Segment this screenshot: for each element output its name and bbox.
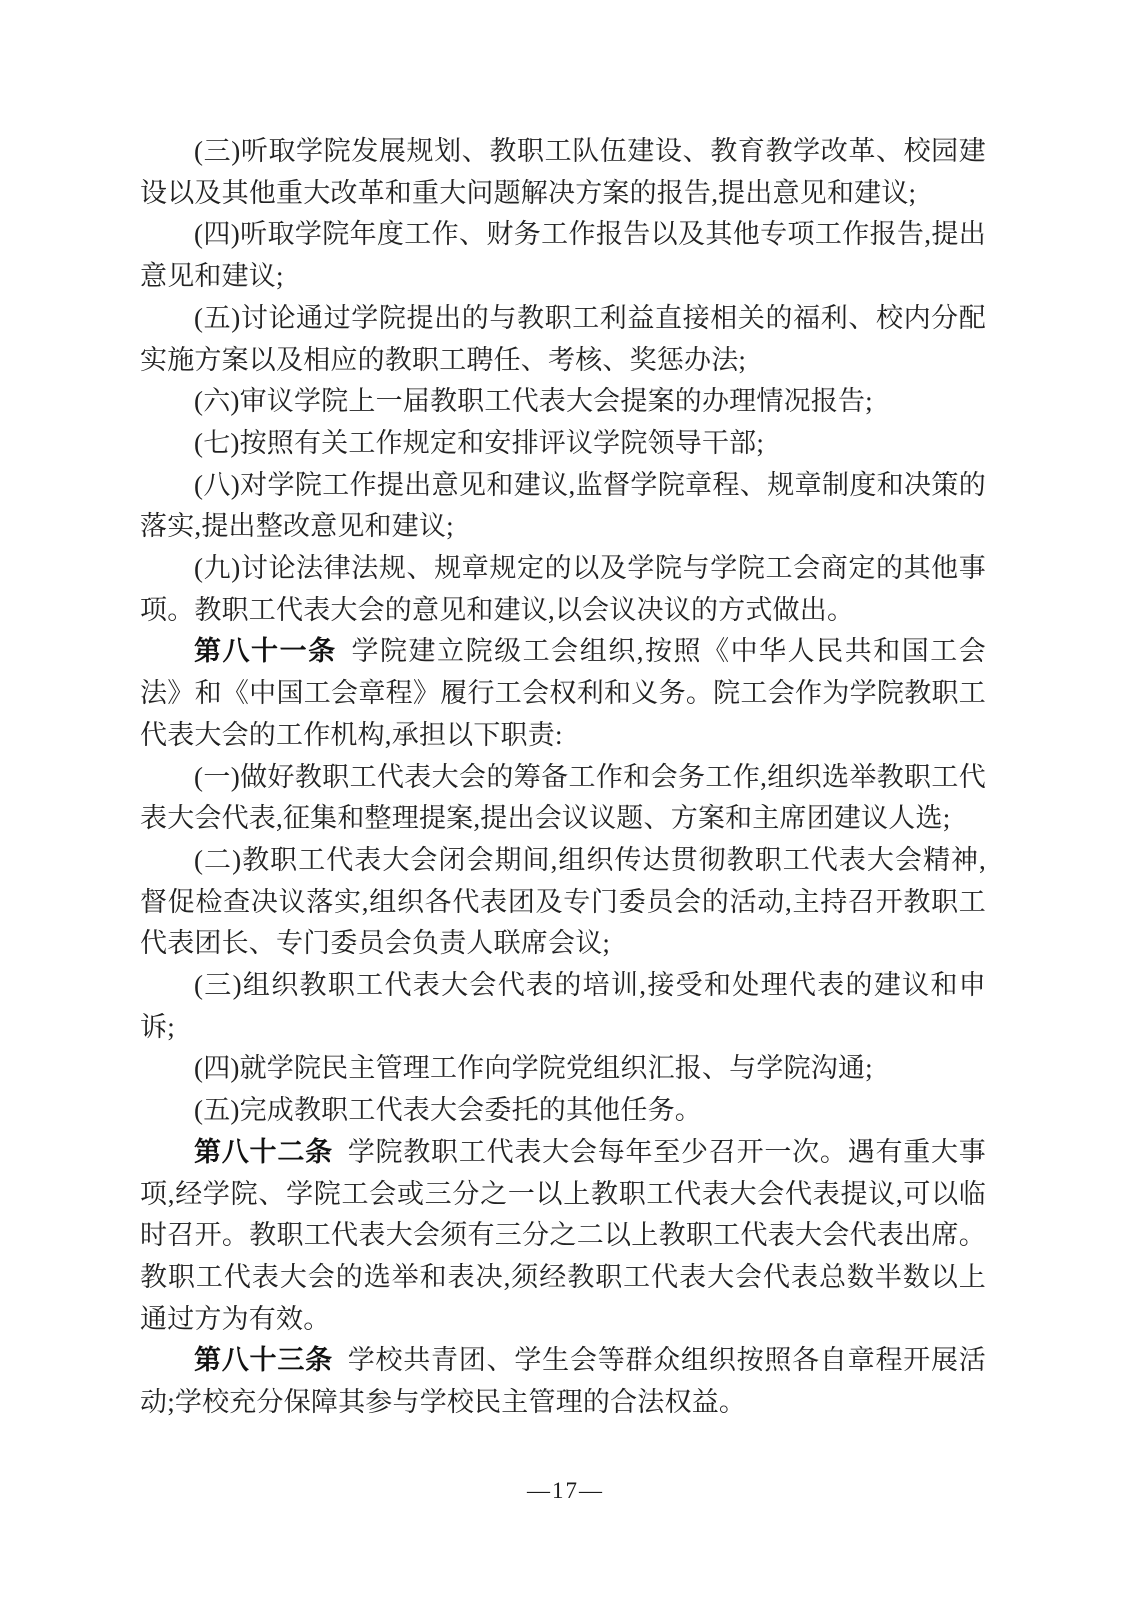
doc-paragraph: (五)讨论通过学院提出的与教职工利益直接相关的福利、校内分配实施方案以及相应的教…	[140, 298, 986, 381]
document-body: (三)听取学院发展规划、教职工队伍建设、教育教学改革、校园建设以及其他重大改革和…	[140, 131, 986, 1424]
doc-paragraph: (七)按照有关工作规定和安排评议学院领导干部;	[140, 423, 986, 465]
clause-term: 第八十一条	[194, 636, 337, 666]
doc-paragraph: (三)组织教职工代表大会代表的培训,接受和处理代表的建议和申诉;	[140, 965, 986, 1048]
doc-paragraph: (八)对学院工作提出意见和建议,监督学院章程、规章制度和决策的落实,提出整改意见…	[140, 465, 986, 548]
doc-paragraph: (四)就学院民主管理工作向学院党组织汇报、与学院沟通;	[140, 1048, 986, 1090]
clause-paragraph: 第八十一条学院建立院级工会组织,按照《中华人民共和国工会法》和《中国工会章程》履…	[140, 631, 986, 756]
document-page: (三)听取学院发展规划、教职工队伍建设、教育教学改革、校园建设以及其他重大改革和…	[0, 0, 1131, 1600]
doc-paragraph: (九)讨论法律法规、规章规定的以及学院与学院工会商定的其他事项。教职工代表大会的…	[140, 548, 986, 631]
clause-term: 第八十三条	[194, 1345, 333, 1375]
doc-paragraph: (四)听取学院年度工作、财务工作报告以及其他专项工作报告,提出意见和建议;	[140, 214, 986, 297]
doc-paragraph: (一)做好教职工代表大会的筹备工作和会务工作,组织选举教职工代表大会代表,征集和…	[140, 757, 986, 840]
doc-paragraph: (三)听取学院发展规划、教职工队伍建设、教育教学改革、校园建设以及其他重大改革和…	[140, 131, 986, 214]
page-footer: —17—	[0, 1478, 1131, 1504]
doc-paragraph: (五)完成教职工代表大会委托的其他任务。	[140, 1090, 986, 1132]
clause-term: 第八十二条	[194, 1137, 333, 1167]
doc-paragraph: (六)审议学院上一届教职工代表大会提案的办理情况报告;	[140, 381, 986, 423]
doc-paragraph: (二)教职工代表大会闭会期间,组织传达贯彻教职工代表大会精神,督促检查决议落实,…	[140, 840, 986, 965]
clause-paragraph: 第八十三条学校共青团、学生会等群众组织按照各自章程开展活动;学校充分保障其参与学…	[140, 1340, 986, 1423]
clause-paragraph: 第八十二条学院教职工代表大会每年至少召开一次。遇有重大事项,经学院、学院工会或三…	[140, 1132, 986, 1341]
page-number: —17—	[527, 1478, 604, 1503]
